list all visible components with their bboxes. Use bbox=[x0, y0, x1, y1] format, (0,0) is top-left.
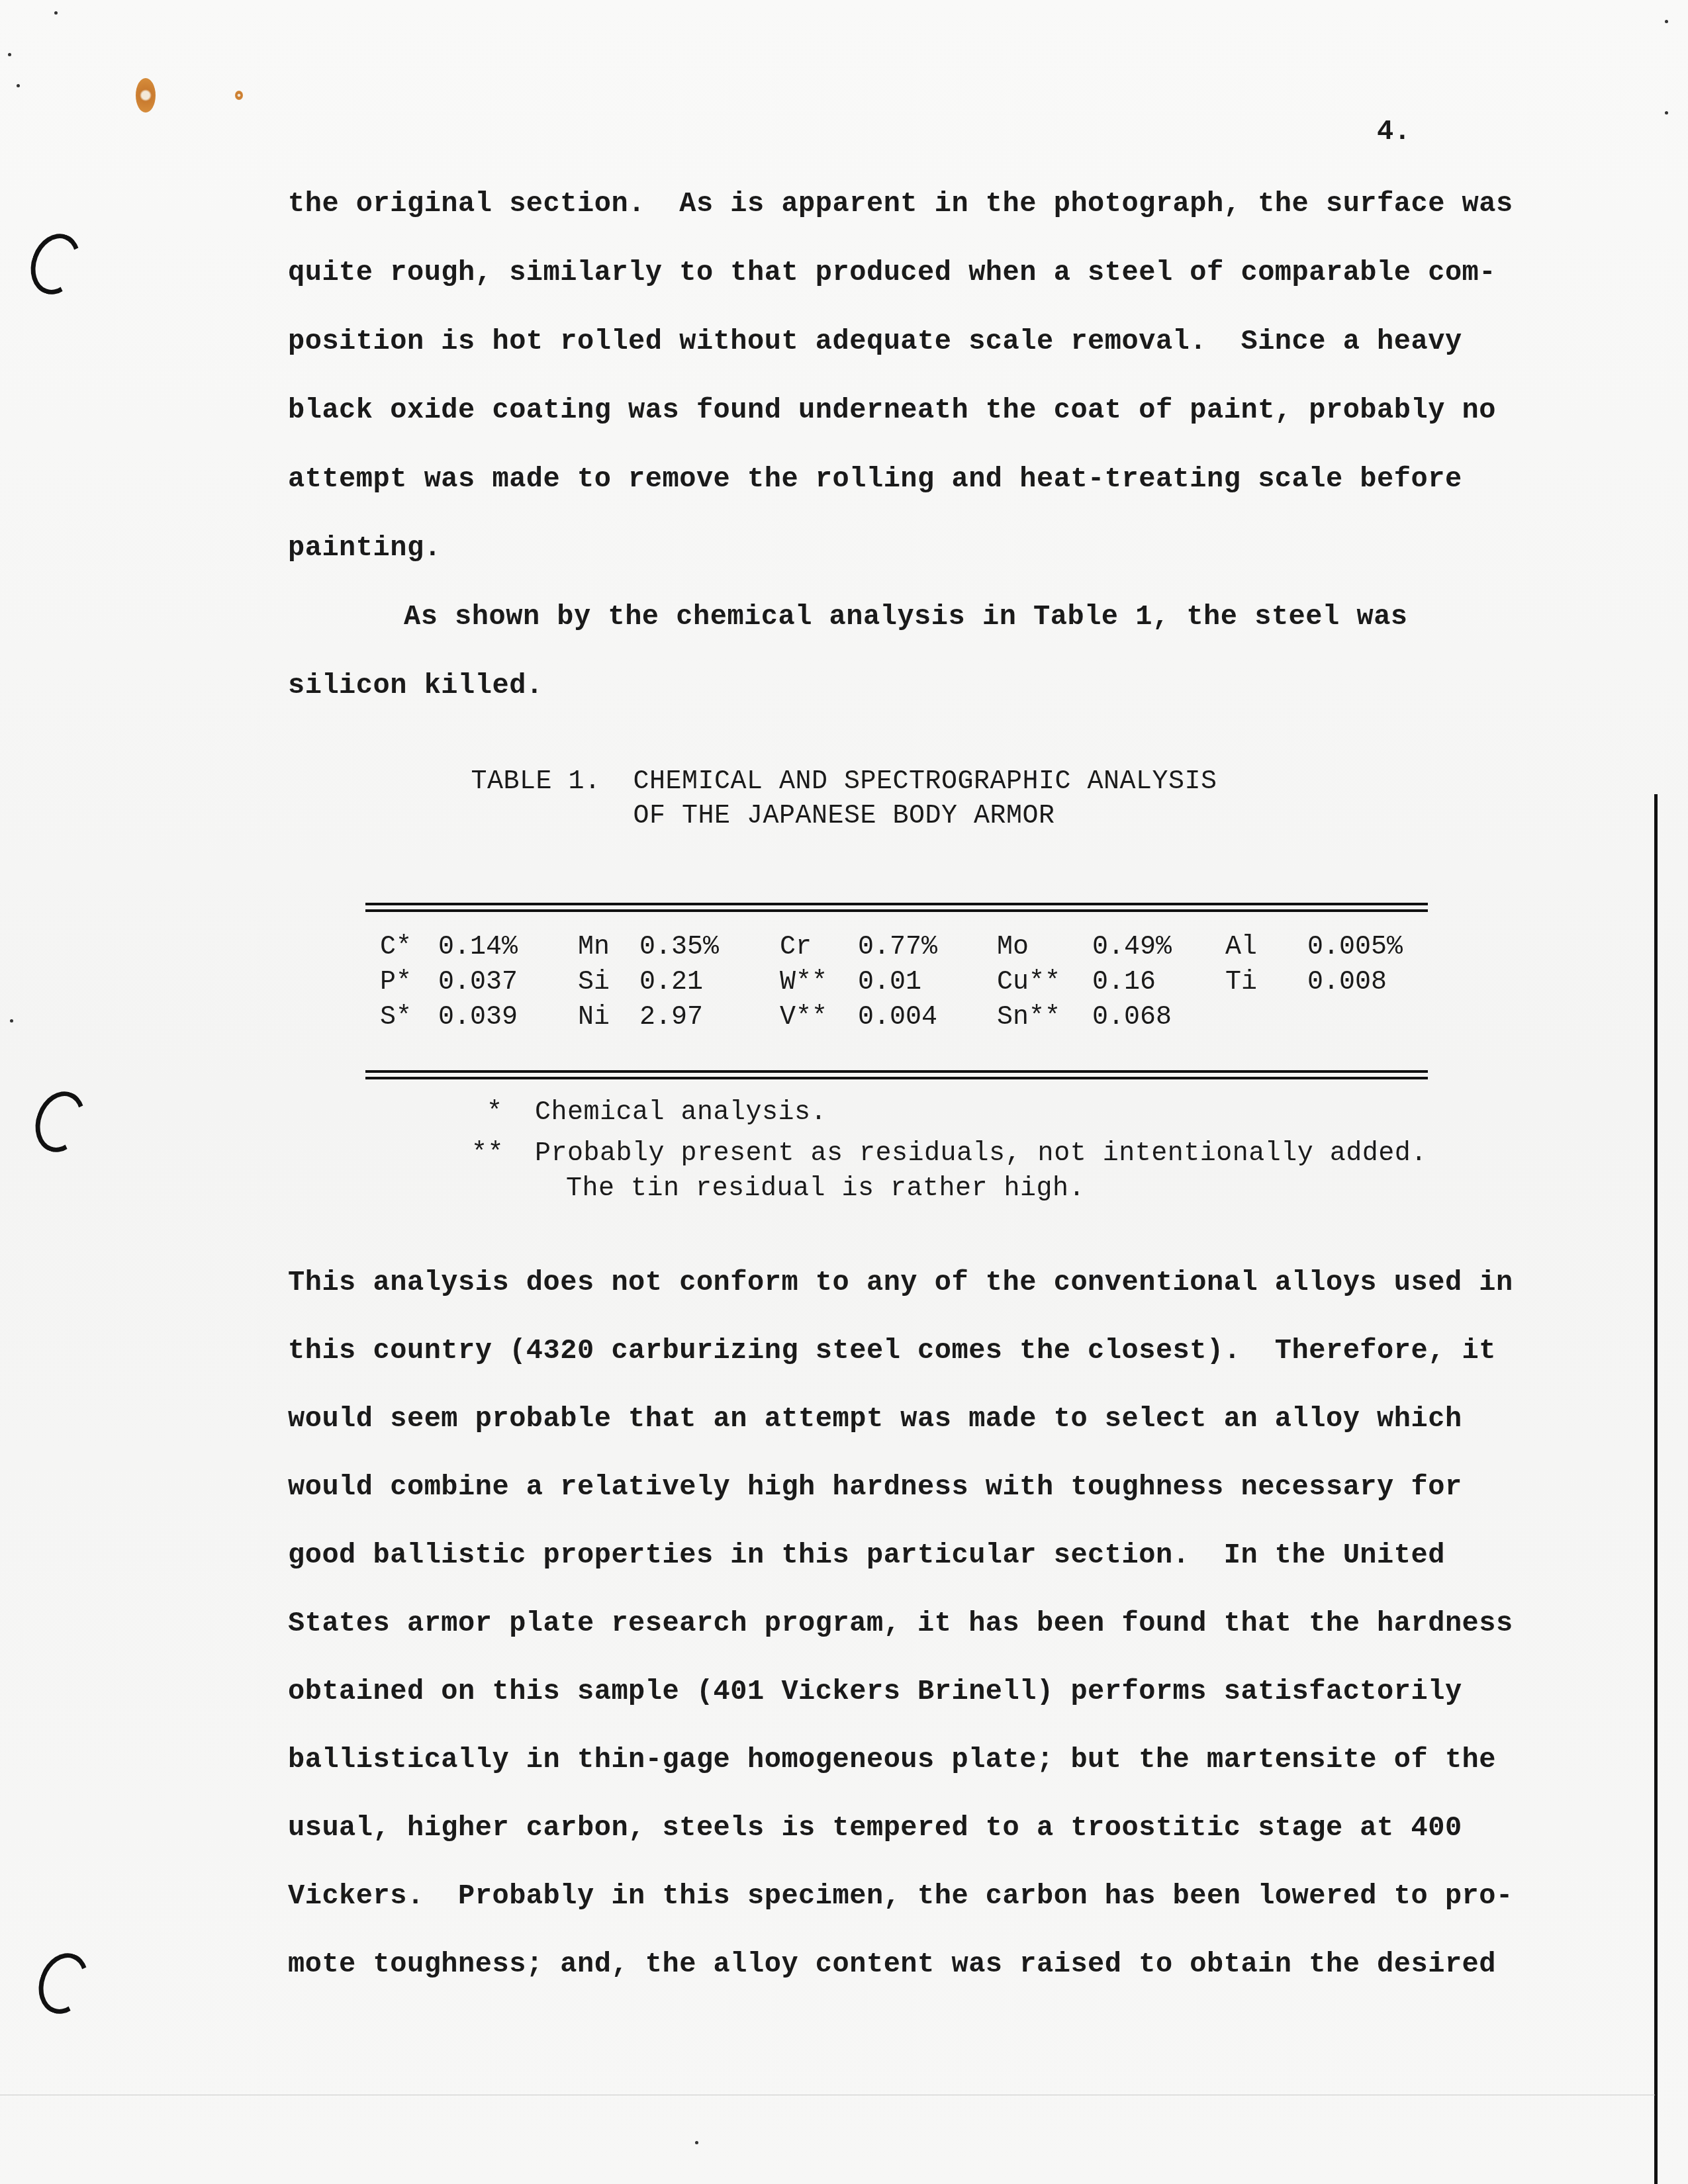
element-cell: Ni bbox=[578, 1005, 610, 1031]
text-line: the original section. As is apparent in … bbox=[288, 190, 1513, 218]
table-top-rule-double bbox=[365, 909, 1428, 912]
value-cell: 0.16 bbox=[1092, 970, 1156, 996]
text-line: attempt was made to remove the rolling a… bbox=[288, 465, 1462, 493]
table-bottom-rule bbox=[365, 1070, 1428, 1073]
binder-hole-mark-top bbox=[23, 227, 89, 302]
element-cell: Mn bbox=[578, 934, 610, 961]
element-cell: Si bbox=[578, 970, 610, 996]
text-line: usual, higher carbon, steels is tempered… bbox=[288, 1814, 1462, 1842]
element-cell: Ti bbox=[1225, 970, 1257, 996]
footnote-text-continued: The tin residual is rather high. bbox=[566, 1176, 1085, 1203]
binder-hole-mark-bottom bbox=[30, 1946, 97, 2021]
text-line: silicon killed. bbox=[288, 672, 543, 700]
element-cell: W** bbox=[780, 970, 827, 996]
value-cell: 0.008 bbox=[1307, 970, 1387, 996]
speck bbox=[8, 53, 11, 56]
text-line: good ballistic properties in this partic… bbox=[288, 1541, 1445, 1569]
element-cell: Al bbox=[1225, 934, 1257, 961]
element-cell: V** bbox=[780, 1005, 827, 1031]
text-line: this country (4320 carburizing steel com… bbox=[288, 1337, 1496, 1365]
speck bbox=[17, 84, 20, 87]
text-line: position is hot rolled without adequate … bbox=[288, 328, 1462, 355]
text-line: black oxide coating was found underneath… bbox=[288, 396, 1496, 424]
value-cell: 0.77% bbox=[858, 934, 937, 961]
element-cell: Sn** bbox=[997, 1005, 1060, 1031]
element-cell: C* bbox=[380, 934, 412, 961]
text-line: Vickers. Probably in this specimen, the … bbox=[288, 1882, 1513, 1910]
page-number: 4. bbox=[1377, 118, 1411, 146]
text-line: As shown by the chemical analysis in Tab… bbox=[404, 603, 1408, 631]
value-cell: 0.004 bbox=[858, 1005, 937, 1031]
scan-fold-line bbox=[0, 2095, 1655, 2095]
text-line: States armor plate research program, it … bbox=[288, 1610, 1513, 1637]
text-line: would combine a relatively high hardness… bbox=[288, 1473, 1462, 1501]
element-cell: S* bbox=[380, 1005, 412, 1031]
speck bbox=[54, 11, 58, 15]
speck bbox=[1665, 111, 1668, 114]
value-cell: 0.14% bbox=[438, 934, 518, 961]
text-line: mote toughness; and, the alloy content w… bbox=[288, 1950, 1496, 1978]
text-line: would seem probable that an attempt was … bbox=[288, 1405, 1462, 1433]
speck bbox=[10, 1019, 13, 1023]
rust-stain-mark bbox=[136, 78, 156, 113]
element-cell: Cr bbox=[780, 934, 812, 961]
value-cell: 0.21 bbox=[639, 970, 703, 996]
footnote-mark: * bbox=[487, 1100, 503, 1126]
page-edge-line bbox=[1654, 794, 1658, 2184]
table-top-rule bbox=[365, 903, 1428, 905]
speck bbox=[695, 2141, 698, 2144]
element-cell: Mo bbox=[997, 934, 1029, 961]
text-line: obtained on this sample (401 Vickers Bri… bbox=[288, 1678, 1462, 1706]
table-title-line-1: TABLE 1. CHEMICAL AND SPECTROGRAPHIC ANA… bbox=[0, 769, 1688, 796]
element-cell: Cu** bbox=[997, 970, 1060, 996]
table-title-line-2: OF THE JAPANESE BODY ARMOR bbox=[0, 803, 1688, 830]
element-cell: P* bbox=[380, 970, 412, 996]
value-cell: 0.039 bbox=[438, 1005, 518, 1031]
footnote-text: Probably present as residuals, not inten… bbox=[535, 1141, 1427, 1167]
value-cell: 0.068 bbox=[1092, 1005, 1172, 1031]
footnote-mark: ** bbox=[471, 1141, 504, 1167]
value-cell: 2.97 bbox=[639, 1005, 703, 1031]
text-line: This analysis does not conform to any of… bbox=[288, 1269, 1513, 1297]
value-cell: 0.49% bbox=[1092, 934, 1172, 961]
document-page: 4. the original section. As is apparent … bbox=[0, 0, 1688, 2184]
binder-hole-mark-middle bbox=[27, 1085, 93, 1160]
speck bbox=[1665, 20, 1668, 23]
value-cell: 0.01 bbox=[858, 970, 921, 996]
table-bottom-rule-double bbox=[365, 1077, 1428, 1079]
text-line: ballistically in thin-gage homogeneous p… bbox=[288, 1746, 1496, 1774]
value-cell: 0.35% bbox=[639, 934, 719, 961]
value-cell: 0.037 bbox=[438, 970, 518, 996]
text-line: quite rough, similarly to that produced … bbox=[288, 259, 1496, 287]
footnote-text: Chemical analysis. bbox=[535, 1100, 827, 1126]
value-cell: 0.005% bbox=[1307, 934, 1403, 961]
rust-stain-mark-small bbox=[235, 91, 243, 100]
text-line: painting. bbox=[288, 534, 441, 562]
